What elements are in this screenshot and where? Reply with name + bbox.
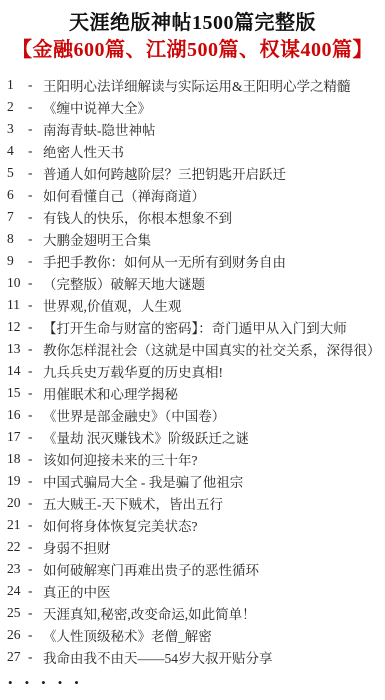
list-item: 7 - 有钱人的快乐，你根本想象不到 bbox=[7, 206, 381, 228]
item-title: 九兵兵史万载华夏的历史真相! bbox=[43, 361, 381, 381]
list-item: 18 - 该如何迎接未来的三十年? bbox=[7, 448, 381, 470]
item-title: 我命由我不由天——54岁大叔开贴分享 bbox=[43, 647, 381, 667]
item-separator: - bbox=[26, 275, 43, 291]
item-title: 手把手教你：如何从一无所有到财务自由 bbox=[43, 251, 381, 271]
list-item: 14 - 九兵兵史万载华夏的历史真相! bbox=[7, 360, 381, 382]
item-number: 18 bbox=[7, 451, 26, 467]
item-title: 真正的中医 bbox=[43, 581, 381, 601]
list-item: 19 - 中国式骗局大全 - 我是骗了他祖宗 bbox=[7, 470, 381, 492]
item-title: 教你怎样混社会（这就是中国真实的社交关系，深得很） bbox=[43, 339, 381, 359]
item-title: 大鹏金翅明王合集 bbox=[43, 229, 381, 249]
item-number: 4 bbox=[7, 143, 26, 159]
item-title: 普通人如何跨越阶层？三把钥匙开启跃迁 bbox=[43, 163, 381, 183]
item-number: 10 bbox=[7, 275, 26, 291]
item-title: 有钱人的快乐，你根本想象不到 bbox=[43, 207, 381, 227]
item-separator: - bbox=[26, 649, 43, 665]
list-item: 9 - 手把手教你：如何从一无所有到财务自由 bbox=[7, 250, 381, 272]
item-title: 世界观,价值观，人生观 bbox=[43, 295, 381, 315]
item-title: 该如何迎接未来的三十年? bbox=[43, 449, 381, 469]
item-separator: - bbox=[26, 187, 43, 203]
list-item: 20 - 五大贼王-天下贼术，皆出五行 bbox=[7, 492, 381, 514]
item-separator: - bbox=[26, 473, 43, 489]
footer-dot: • bbox=[74, 678, 79, 688]
item-title: 如何将身体恢复完美状态? bbox=[43, 515, 381, 535]
list-item: 10 - （完整版）破解天地大谜题 bbox=[7, 272, 381, 294]
list-item: 27 - 我命由我不由天——54岁大叔开贴分享 bbox=[7, 646, 381, 668]
list-item: 1 - 王阳明心法详细解读与实际运用&王阳明心学之精髓 bbox=[7, 74, 381, 96]
item-separator: - bbox=[26, 77, 43, 93]
item-number: 8 bbox=[7, 231, 26, 247]
item-number: 13 bbox=[7, 341, 26, 357]
item-separator: - bbox=[26, 99, 43, 115]
list-item: 11 - 世界观,价值观，人生观 bbox=[7, 294, 381, 316]
item-separator: - bbox=[26, 297, 43, 313]
item-separator: - bbox=[26, 253, 43, 269]
item-title: 如何破解寒门再难出贵子的恶性循环 bbox=[43, 559, 381, 579]
item-number: 26 bbox=[7, 627, 26, 643]
item-number: 22 bbox=[7, 539, 26, 555]
item-separator: - bbox=[26, 165, 43, 181]
list-item: 26 - 《人性顶级秘术》老僧_解密 bbox=[7, 624, 381, 646]
item-number: 16 bbox=[7, 407, 26, 423]
item-number: 25 bbox=[7, 605, 26, 621]
item-number: 6 bbox=[7, 187, 26, 203]
item-title: 《世界是部金融史》（中国卷） bbox=[43, 405, 381, 425]
item-number: 15 bbox=[7, 385, 26, 401]
footer-dot: • bbox=[8, 678, 13, 688]
item-separator: - bbox=[26, 407, 43, 423]
list-item: 6 - 如何看懂自己（禅海商道） bbox=[7, 184, 381, 206]
item-number: 21 bbox=[7, 517, 26, 533]
item-separator: - bbox=[26, 627, 43, 643]
item-separator: - bbox=[26, 319, 43, 335]
item-title: 天涯真知,秘密,改变命运,如此简单！ bbox=[43, 603, 381, 623]
list-item: 8 - 大鹏金翅明王合集 bbox=[7, 228, 381, 250]
page-title: 天涯绝版神帖1500篇完整版 bbox=[0, 10, 385, 36]
list-item: 17 - 《量劫 泯灭赚钱术》阶级跃迁之谜 bbox=[7, 426, 381, 448]
item-separator: - bbox=[26, 429, 43, 445]
item-separator: - bbox=[26, 363, 43, 379]
item-title: 绝密人性天书 bbox=[43, 141, 381, 161]
list-item: 23 - 如何破解寒门再难出贵子的恶性循环 bbox=[7, 558, 381, 580]
item-number: 14 bbox=[7, 363, 26, 379]
item-title: （完整版）破解天地大谜题 bbox=[43, 273, 381, 293]
item-title: 如何看懂自己（禅海商道） bbox=[43, 185, 381, 205]
list-item: 21 - 如何将身体恢复完美状态? bbox=[7, 514, 381, 536]
item-title: 《缠中说禅大全》 bbox=[43, 97, 381, 117]
item-title: 《人性顶级秘术》老僧_解密 bbox=[43, 625, 381, 645]
list-item: 12 - 【打开生命与财富的密码】：奇门遁甲从入门到大师 bbox=[7, 316, 381, 338]
list-item: 24 - 真正的中医 bbox=[7, 580, 381, 602]
item-separator: - bbox=[26, 605, 43, 621]
footer-dot: • bbox=[58, 678, 63, 688]
list-item: 5 - 普通人如何跨越阶层？三把钥匙开启跃迁 bbox=[7, 162, 381, 184]
item-separator: - bbox=[26, 121, 43, 137]
list-item: 2 - 《缠中说禅大全》 bbox=[7, 96, 381, 118]
item-number: 17 bbox=[7, 429, 26, 445]
list-item: 16 - 《世界是部金融史》（中国卷） bbox=[7, 404, 381, 426]
item-number: 20 bbox=[7, 495, 26, 511]
item-number: 9 bbox=[7, 253, 26, 269]
footer-dots: ••••• bbox=[0, 678, 385, 688]
item-number: 24 bbox=[7, 583, 26, 599]
item-title: 南海青蚨-隐世神帖 bbox=[43, 119, 381, 139]
item-title: 中国式骗局大全 - 我是骗了他祖宗 bbox=[43, 471, 381, 491]
item-number: 23 bbox=[7, 561, 26, 577]
item-separator: - bbox=[26, 561, 43, 577]
item-number: 3 bbox=[7, 121, 26, 137]
item-number: 7 bbox=[7, 209, 26, 225]
list-item: 25 - 天涯真知,秘密,改变命运,如此简单！ bbox=[7, 602, 381, 624]
list-item: 22 - 身弱不担财 bbox=[7, 536, 381, 558]
footer-dot: • bbox=[25, 678, 30, 688]
document-page: 天涯绝版神帖1500篇完整版 【金融600篇、江湖500篇、权谋400篇】 1 … bbox=[0, 0, 385, 700]
item-separator: - bbox=[26, 517, 43, 533]
list-item: 4 - 绝密人性天书 bbox=[7, 140, 381, 162]
item-separator: - bbox=[26, 341, 43, 357]
page-subtitle: 【金融600篇、江湖500篇、权谋400篇】 bbox=[0, 38, 385, 63]
item-separator: - bbox=[26, 209, 43, 225]
item-title: 《量劫 泯灭赚钱术》阶级跃迁之谜 bbox=[43, 427, 381, 447]
list-item: 15 - 用催眠术和心理学揭秘 bbox=[7, 382, 381, 404]
item-title: 五大贼王-天下贼术，皆出五行 bbox=[43, 493, 381, 513]
item-number: 12 bbox=[7, 319, 26, 335]
post-list: 1 - 王阳明心法详细解读与实际运用&王阳明心学之精髓 2 - 《缠中说禅大全》… bbox=[0, 74, 385, 668]
item-separator: - bbox=[26, 539, 43, 555]
list-item: 13 - 教你怎样混社会（这就是中国真实的社交关系，深得很） bbox=[7, 338, 381, 360]
item-title: 【打开生命与财富的密码】：奇门遁甲从入门到大师 bbox=[43, 317, 381, 337]
item-separator: - bbox=[26, 143, 43, 159]
item-number: 1 bbox=[7, 77, 26, 93]
item-title: 身弱不担财 bbox=[43, 537, 381, 557]
item-number: 5 bbox=[7, 165, 26, 181]
item-separator: - bbox=[26, 231, 43, 247]
item-separator: - bbox=[26, 495, 43, 511]
item-separator: - bbox=[26, 451, 43, 467]
item-number: 19 bbox=[7, 473, 26, 489]
item-number: 2 bbox=[7, 99, 26, 115]
item-title: 王阳明心法详细解读与实际运用&王阳明心学之精髓 bbox=[43, 75, 381, 95]
list-item: 3 - 南海青蚨-隐世神帖 bbox=[7, 118, 381, 140]
item-number: 27 bbox=[7, 649, 26, 665]
item-title: 用催眠术和心理学揭秘 bbox=[43, 383, 381, 403]
item-separator: - bbox=[26, 385, 43, 401]
item-separator: - bbox=[26, 583, 43, 599]
item-number: 11 bbox=[7, 297, 26, 313]
footer-dot: • bbox=[41, 678, 46, 688]
